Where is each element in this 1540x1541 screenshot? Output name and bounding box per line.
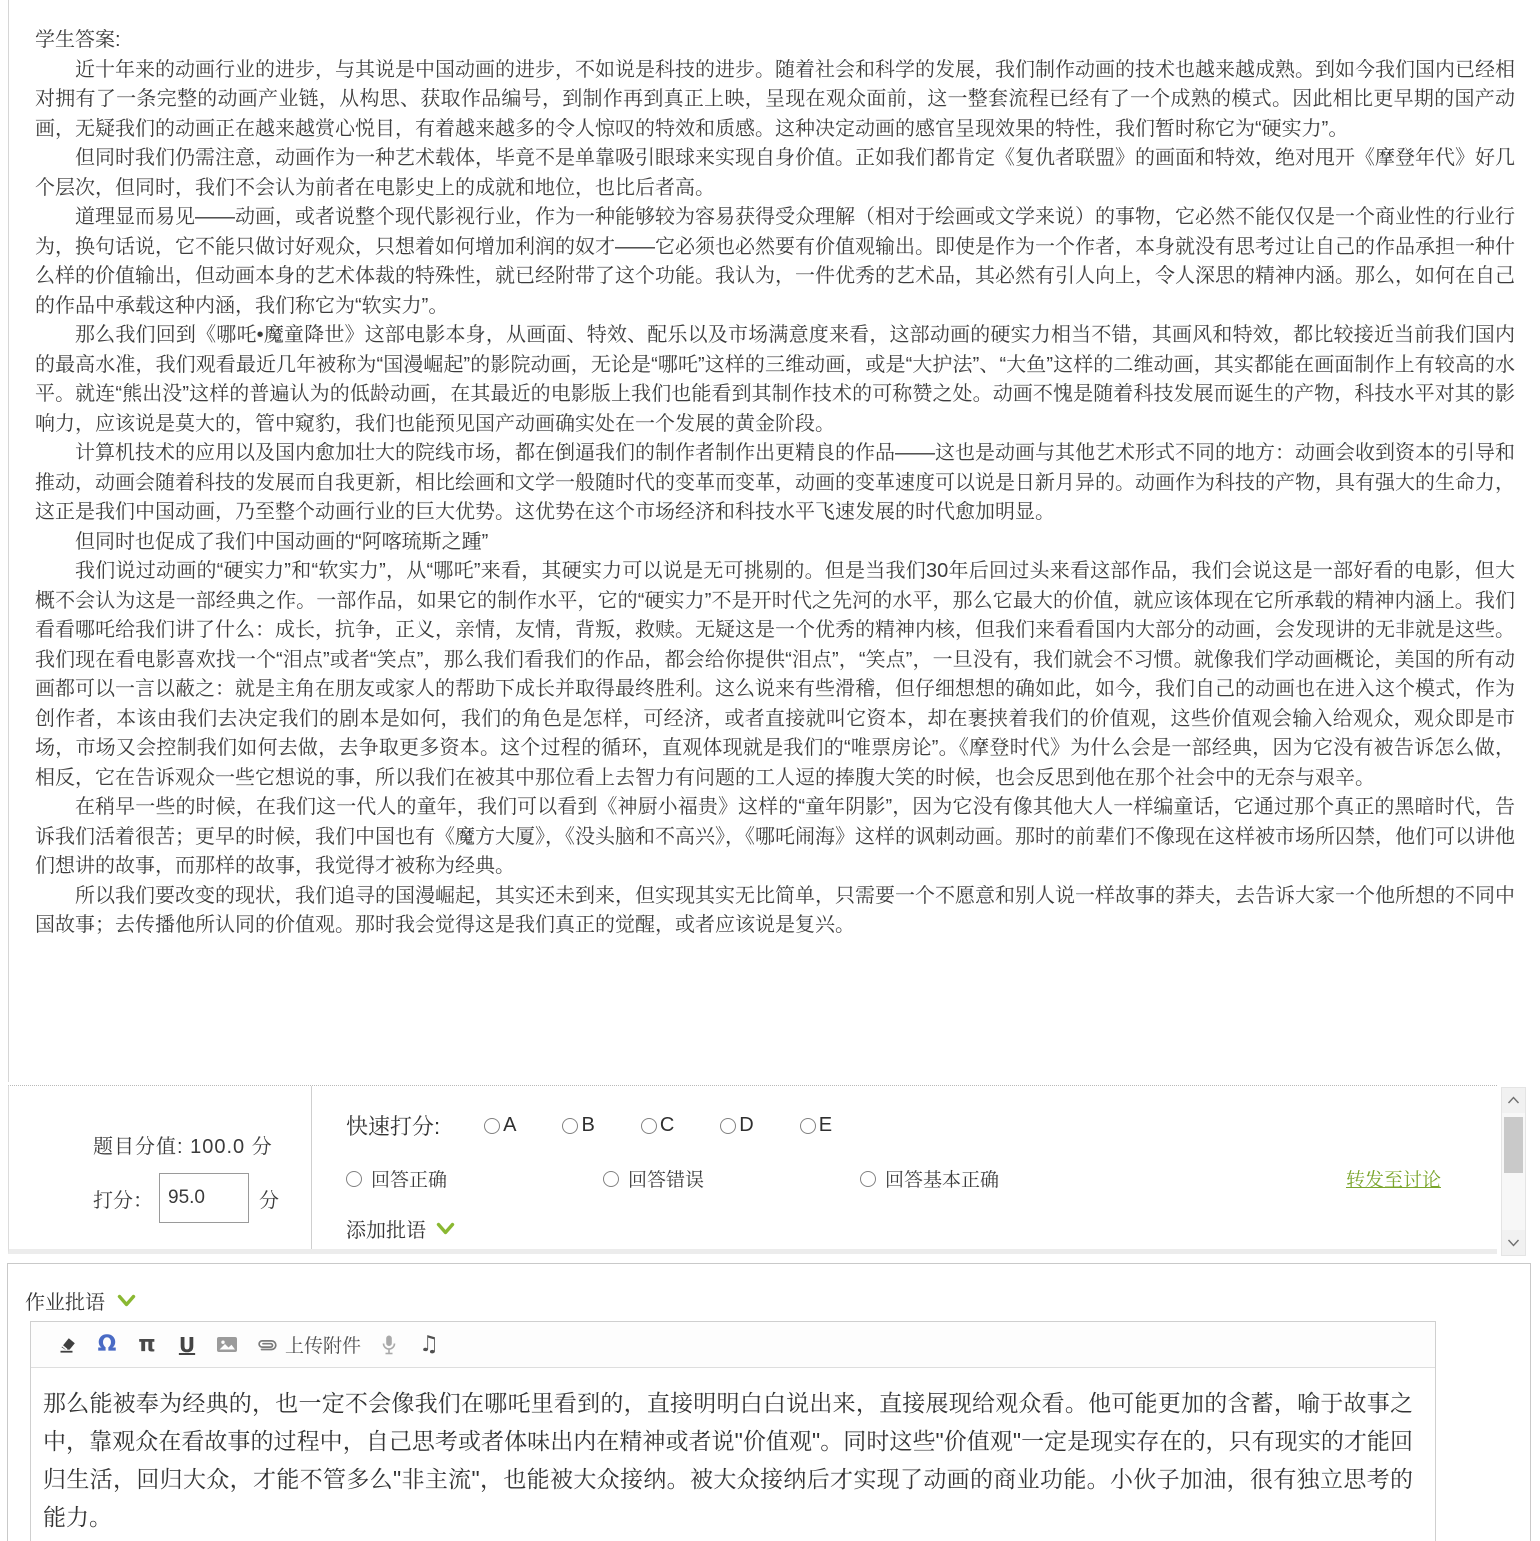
editor-toolbar: Ω π U 上传附件 ♫ <box>31 1322 1435 1368</box>
left-border-rule <box>8 0 9 1082</box>
radio-icon <box>484 1118 500 1134</box>
essay-paragraph: 道理显而易见——动画，或者说整个现代影视行业，作为一种能够较为容易获得受众理解（… <box>35 203 1515 321</box>
scrollbar[interactable] <box>1501 1087 1526 1256</box>
pi-icon[interactable]: π <box>135 1333 159 1357</box>
quick-score-option-a[interactable]: A <box>484 1114 516 1137</box>
comment-panel-title: 作业批语 <box>25 1286 105 1315</box>
essay-paragraph: 但同时也促成了我们中国动画的“阿喀琉斯之踵” <box>35 528 1515 558</box>
add-comment-button[interactable]: 添加批语 <box>346 1214 455 1243</box>
question-score-line: 题目分值: 100.0 分 <box>93 1130 311 1159</box>
essay-paragraph: 近十年来的动画行业的进步，与其说是中国动画的进步，不如说是科技的进步。随着社会和… <box>35 56 1515 145</box>
quick-score-area: 快速打分: A B C D E 回答正确 回答错误 回答基本正确 转发至讨论 添… <box>312 1086 1497 1249</box>
scroll-down-button[interactable] <box>1502 1230 1525 1255</box>
score-input[interactable] <box>159 1173 249 1223</box>
quick-score-option-c[interactable]: C <box>641 1114 674 1137</box>
essay-paragraph: 那么我们回到《哪吒•魔童降世》这部电影本身，从画面、特效、配乐以及市场满意度来看… <box>35 321 1515 439</box>
radio-icon <box>720 1118 736 1134</box>
comment-panel-title-row[interactable]: 作业批语 <box>25 1286 136 1315</box>
scroll-down-icon <box>1507 1238 1520 1247</box>
omega-icon[interactable]: Ω <box>95 1333 119 1357</box>
grade-label: 打分： <box>93 1184 153 1213</box>
chevron-down-icon <box>436 1222 455 1236</box>
radio-icon <box>860 1171 876 1187</box>
question-score-label: 题目分值: <box>93 1136 184 1158</box>
radio-icon <box>603 1171 619 1187</box>
quick-score-option-e[interactable]: E <box>800 1114 832 1137</box>
scrollbar-thumb[interactable] <box>1504 1117 1523 1173</box>
microphone-icon[interactable] <box>377 1333 401 1357</box>
scoring-panel: 题目分值: 100.0 分 打分： 分 快速打分: A B C D E 回答正确… <box>8 1085 1497 1254</box>
scroll-up-button[interactable] <box>1502 1088 1525 1113</box>
essay-paragraph: 我们说过动画的“硬实力”和“软实力”，从“哪吒”来看，其硬实力可以说是无可挑剔的… <box>35 557 1515 793</box>
score-summary: 题目分值: 100.0 分 打分： 分 <box>9 1086 312 1249</box>
forward-to-discussion-link[interactable]: 转发至讨论 <box>1346 1165 1441 1192</box>
underline-icon[interactable]: U <box>175 1333 199 1357</box>
scroll-up-icon <box>1507 1096 1520 1105</box>
upload-attachment-button[interactable]: 上传附件 <box>255 1331 361 1358</box>
grade-line: 打分： 分 <box>93 1173 311 1223</box>
judge-option-correct[interactable]: 回答正确 <box>346 1165 603 1192</box>
score-unit: 分 <box>252 1136 273 1158</box>
student-answer-section: 学生答案: 近十年来的动画行业的进步，与其说是中国动画的进步，不如说是科技的进步… <box>0 0 1540 1082</box>
homework-comment-panel: 作业批语 Ω π U 上传附件 ♫ 那么能被奉为经典的，也一定不会像我们在哪吒里… <box>7 1263 1531 1541</box>
judge-option-wrong[interactable]: 回答错误 <box>603 1165 860 1192</box>
radio-icon <box>641 1118 657 1134</box>
comment-text: 那么能被奉为经典的，也一定不会像我们在哪吒里看到的，直接明明白白说出来，直接展现… <box>43 1384 1413 1536</box>
upload-attachment-label: 上传附件 <box>285 1331 361 1358</box>
quick-score-option-d[interactable]: D <box>720 1114 753 1137</box>
radio-icon <box>800 1118 816 1134</box>
radio-icon <box>562 1118 578 1134</box>
comment-editor-body[interactable]: 那么能被奉为经典的，也一定不会像我们在哪吒里看到的，直接明明白白说出来，直接展现… <box>31 1368 1435 1536</box>
paperclip-icon <box>255 1336 279 1354</box>
essay-paragraph: 但同时我们仍需注意，动画作为一种艺术载体，毕竟不是单靠吸引眼球来实现自身价值。正… <box>35 144 1515 203</box>
music-note-icon[interactable]: ♫ <box>417 1333 441 1357</box>
question-score-value: 100.0 <box>190 1136 245 1158</box>
judge-option-basically-correct[interactable]: 回答基本正确 <box>860 1165 1117 1192</box>
comment-editor: Ω π U 上传附件 ♫ 那么能被奉为经典的，也一定不会像我们在哪吒里看到的，直… <box>30 1321 1436 1541</box>
student-answer-label: 学生答案: <box>35 26 1515 56</box>
image-icon[interactable] <box>215 1333 239 1357</box>
score-unit: 分 <box>259 1184 279 1213</box>
eraser-icon[interactable] <box>55 1333 79 1357</box>
essay-paragraph: 计算机技术的应用以及国内愈加壮大的院线市场，都在倒逼我们的制作者制作出更精良的作… <box>35 439 1515 528</box>
quick-score-option-b[interactable]: B <box>562 1114 594 1137</box>
chevron-down-icon <box>117 1294 136 1308</box>
quick-score-label: 快速打分: <box>346 1110 440 1141</box>
essay-paragraph: 在稍早一些的时候，在我们这一代人的童年，我们可以看到《神厨小福贵》这样的“童年阴… <box>35 793 1515 882</box>
essay-paragraph: 所以我们要改变的现状，我们追寻的国漫崛起，其实还未到来，但实现其实无比简单，只需… <box>35 882 1515 941</box>
radio-icon <box>346 1171 362 1187</box>
